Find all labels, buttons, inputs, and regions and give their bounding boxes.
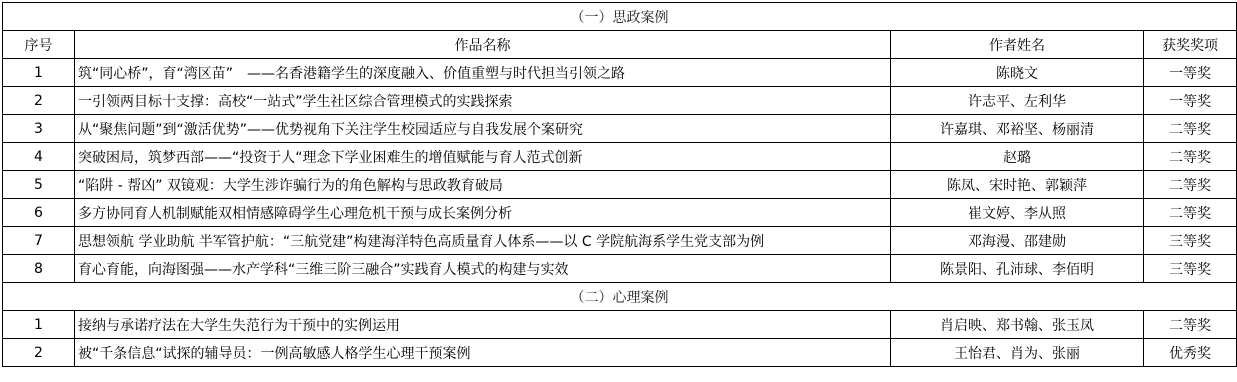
row-title: 思想领航 学业助航 半军管护航：“三航党建”构建海洋特色高质量育人体系——以 C… (75, 227, 891, 255)
column-header-title: 作品名称 (75, 31, 891, 59)
table-row: 7 思想领航 学业助航 半军管护航：“三航党建”构建海洋特色高质量育人体系——以… (3, 227, 1237, 255)
table-row: 1 筑“同心桥”，育“湾区苗” ——名香港籍学生的深度融入、价值重塑与时代担当引… (3, 59, 1237, 87)
table-row: 5 “陷阱 - 帮凶” 双镜观：大学生涉诈骗行为的角色解构与思政教育破局 陈凤、… (3, 171, 1237, 199)
row-number: 8 (3, 255, 75, 283)
column-header-authors: 作者姓名 (891, 31, 1144, 59)
row-authors: 邓海漫、邵建勋 (891, 227, 1144, 255)
row-award: 一等奖 (1144, 87, 1237, 115)
row-award: 三等奖 (1144, 227, 1237, 255)
awards-table: （一）思政案例 序号 作品名称 作者姓名 获奖奖项 1 筑“同心桥”，育“湾区苗… (2, 2, 1237, 367)
table-row: 3 从“聚焦问题”到“激活优势”——优势视角下关注学生校园适应与自我发展个案研究… (3, 115, 1237, 143)
table-row: 8 育心育能，向海图强——水产学科“三维三阶三融合”实践育人模式的构建与实效 陈… (3, 255, 1237, 283)
column-header-number: 序号 (3, 31, 75, 59)
row-number: 1 (3, 311, 75, 339)
row-number: 2 (3, 87, 75, 115)
section-header-row: （二）心理案例 (3, 283, 1237, 311)
section-header-row: （一）思政案例 (3, 3, 1237, 31)
table-row: 2 被“千条信息“试探的辅导员：一例高敏感人格学生心理干预案例 王怡君、肖为、张… (3, 339, 1237, 367)
row-number: 4 (3, 143, 75, 171)
row-authors: 陈凤、宋时艳、郭颖萍 (891, 171, 1144, 199)
row-title: 从“聚焦问题”到“激活优势”——优势视角下关注学生校园适应与自我发展个案研究 (75, 115, 891, 143)
row-title: 筑“同心桥”，育“湾区苗” ——名香港籍学生的深度融入、价值重塑与时代担当引领之… (75, 59, 891, 87)
row-number: 5 (3, 171, 75, 199)
row-authors: 赵璐 (891, 143, 1144, 171)
row-number: 6 (3, 199, 75, 227)
row-authors: 肖启映、郑书翰、张玉凤 (891, 311, 1144, 339)
row-title: 接纳与承诺疗法在大学生失范行为干预中的实例运用 (75, 311, 891, 339)
table-row: 2 一引领两目标十支撑：高校“一站式”学生社区综合管理模式的实践探索 许志平、左… (3, 87, 1237, 115)
section-title: （一）思政案例 (3, 3, 1237, 31)
row-title: 一引领两目标十支撑：高校“一站式”学生社区综合管理模式的实践探索 (75, 87, 891, 115)
section-title: （二）心理案例 (3, 283, 1237, 311)
row-number: 7 (3, 227, 75, 255)
row-award: 二等奖 (1144, 311, 1237, 339)
row-authors: 许嘉琪、邓裕坚、杨丽清 (891, 115, 1144, 143)
table-row: 6 多方协同育人机制赋能双相情感障碍学生心理危机干预与成长案例分析 崔文婷、李从… (3, 199, 1237, 227)
row-award: 优秀奖 (1144, 339, 1237, 367)
row-award: 三等奖 (1144, 255, 1237, 283)
column-header-award: 获奖奖项 (1144, 31, 1237, 59)
row-title: “陷阱 - 帮凶” 双镜观：大学生涉诈骗行为的角色解构与思政教育破局 (75, 171, 891, 199)
row-award: 二等奖 (1144, 143, 1237, 171)
row-authors: 许志平、左利华 (891, 87, 1144, 115)
row-title: 被“千条信息“试探的辅导员：一例高敏感人格学生心理干预案例 (75, 339, 891, 367)
row-authors: 陈景阳、孔沛球、李佰明 (891, 255, 1144, 283)
row-award: 一等奖 (1144, 59, 1237, 87)
row-authors: 崔文婷、李从照 (891, 199, 1144, 227)
table-row: 1 接纳与承诺疗法在大学生失范行为干预中的实例运用 肖启映、郑书翰、张玉凤 二等… (3, 311, 1237, 339)
row-authors: 陈晓文 (891, 59, 1144, 87)
row-title: 突破困局，筑梦西部——“投资于人“理念下学业困难生的增值赋能与育人范式创新 (75, 143, 891, 171)
column-header-row: 序号 作品名称 作者姓名 获奖奖项 (3, 31, 1237, 59)
row-number: 1 (3, 59, 75, 87)
row-number: 3 (3, 115, 75, 143)
row-award: 二等奖 (1144, 171, 1237, 199)
row-number: 2 (3, 339, 75, 367)
row-title: 多方协同育人机制赋能双相情感障碍学生心理危机干预与成长案例分析 (75, 199, 891, 227)
row-title: 育心育能，向海图强——水产学科“三维三阶三融合”实践育人模式的构建与实效 (75, 255, 891, 283)
table-row: 4 突破困局，筑梦西部——“投资于人“理念下学业困难生的增值赋能与育人范式创新 … (3, 143, 1237, 171)
row-authors: 王怡君、肖为、张丽 (891, 339, 1144, 367)
row-award: 二等奖 (1144, 115, 1237, 143)
row-award: 二等奖 (1144, 199, 1237, 227)
